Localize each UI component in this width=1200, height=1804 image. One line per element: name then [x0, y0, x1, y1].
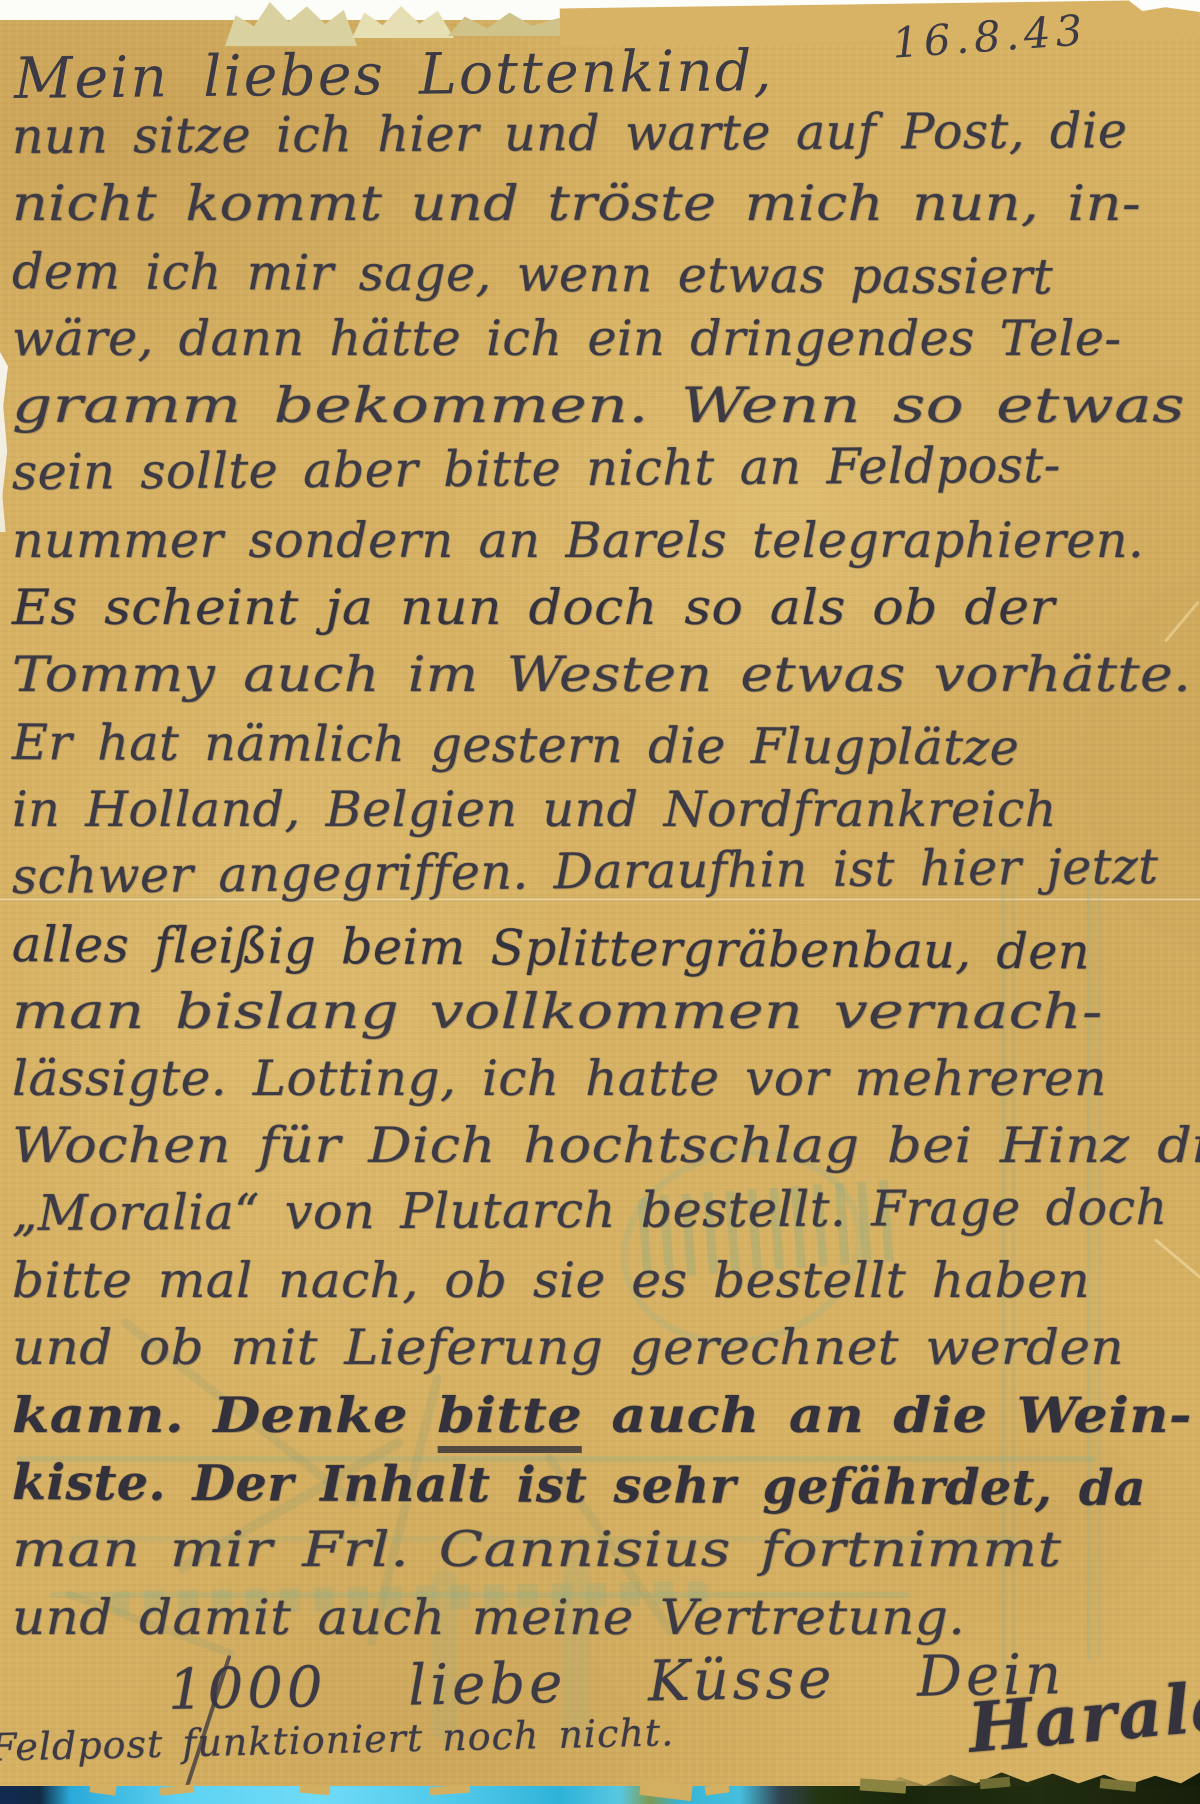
- letter-line: „Moralia“ von Plutarch bestellt. Frage d…: [12, 1174, 1168, 1247]
- letter-postscript: Feldpost funktioniert noch nicht.: [0, 1710, 675, 1770]
- letter-line: dem ich mir sage, wenn etwas passiert: [12, 238, 1168, 311]
- letter-line: und damit auch meine Vertretung.: [12, 1584, 1200, 1651]
- handwriting-layer: 16.8.43 Mein liebes Lottenkind, nun sitz…: [0, 0, 1200, 1804]
- letter-line: nicht kommt und tröste mich nun, in-: [12, 170, 1200, 237]
- letter-line: wäre, dann hätte ich ein dringendes Tele…: [12, 305, 1168, 372]
- underlined-word: bitte: [437, 1386, 582, 1453]
- letter-line: Tommy auch im Westen etwas vorhätte.: [12, 641, 1200, 708]
- letter-line: gramm bekommen. Wenn so etwas: [12, 372, 1200, 439]
- letter-body: nun sitze ich hier und warte auf Post, d…: [12, 103, 1168, 1651]
- letter-line: nun sitze ich hier und warte auf Post, d…: [12, 97, 1168, 170]
- letter-line: Wochen für Dich hochtschlag bei Hinz die: [12, 1112, 1200, 1179]
- letter-line: lässigte. Lotting, ich hatte vor mehrere…: [12, 1045, 1191, 1112]
- letter-line: schwer angegriffen. Daraufhin ist hier j…: [12, 833, 1168, 910]
- letter-line: nummer sondern an Barels telegraphieren.: [12, 507, 1168, 574]
- letter-line: in Holland, Belgien und Nordfrankreich: [12, 776, 1168, 843]
- letter-line: alles fleißig beim Splittergräbenbau, de…: [12, 911, 1168, 986]
- letter-line: Er hat nämlich gestern die Flugplätze: [12, 709, 1168, 782]
- letter-line: man mir Frl. Cannisius fortnimmt: [12, 1516, 1200, 1583]
- letter-line: kiste. Der Inhalt ist sehr gefährdet, da: [12, 1449, 1168, 1522]
- letter-line: man bislang vollkommen vernach-: [12, 978, 1200, 1045]
- letter-line: und ob mit Lieferung gerechnet werden: [12, 1314, 1200, 1381]
- letter-line: sein sollte aber bitte nicht an Feldpost…: [12, 431, 1168, 506]
- letter-line: kann. Denke bitte auch an die Wein-: [12, 1382, 1200, 1449]
- letter-line: Es scheint ja nun doch so als ob der: [12, 574, 1200, 641]
- letter-scan: 16.8.43 Mein liebes Lottenkind, nun sitz…: [0, 0, 1200, 1804]
- letter-date: 16.8.43: [891, 5, 1089, 68]
- letter-line: bitte mal nach, ob sie es bestellt haben: [12, 1247, 1191, 1314]
